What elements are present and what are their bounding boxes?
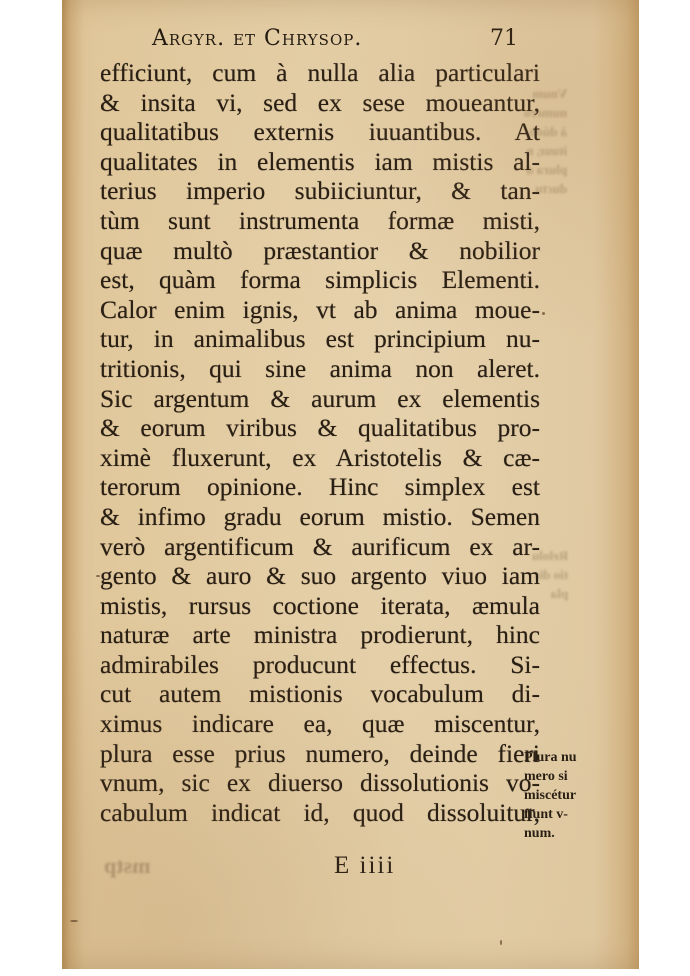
margin-note: Plura nu mero si miscétur fiunt v- num. <box>524 748 604 843</box>
book-page: Argyr. et Chrysop. 71 Vnum numero à dúob… <box>62 0 639 969</box>
text-line: quæ multò præstantior & nobilior <box>100 236 540 266</box>
text-line: & infimo gradu eorum mistio. Semen <box>100 502 540 532</box>
text-line: naturæ arte ministra prodierunt, hinc <box>100 620 540 650</box>
text-line: mistis, rursus coctione iterata, æmula <box>100 591 540 621</box>
body-text: efficiunt, cum à nulla alia particulari … <box>100 58 540 827</box>
text-line: terius imperio subiiciuntur, & tan- <box>100 176 540 206</box>
page-number: 71 <box>490 26 518 51</box>
text-line: qualitatibus externis iuuantibus. At <box>100 117 540 147</box>
text-line: gento & auro & suo argento viuo iam <box>100 561 540 591</box>
text-line: ximè fluxerunt, ex Aristotelis & cæ- <box>100 443 540 473</box>
paper-speck <box>542 312 545 315</box>
text-line: plura esse prius numero, deinde fieri <box>100 739 540 769</box>
text-line: Calor enim ignis, vt ab anima moue- <box>100 295 540 325</box>
text-line: qualitates in elementis iam mistis al- <box>100 147 540 177</box>
text-line: tur, in animalibus est principium nu- <box>100 324 540 354</box>
text-line: tritionis, qui sine anima non aleret. <box>100 354 540 384</box>
text-line: verò argentificum & aurificum ex ar- <box>100 532 540 562</box>
text-line: terorum opinione. Hinc simplex est <box>100 472 540 502</box>
text-line: & insita vi, sed ex sese moueantur, <box>100 88 540 118</box>
signature-mark: E iiii <box>334 852 395 880</box>
text-line: & eorum viribus & qualitatibus pro- <box>100 413 540 443</box>
paper-speck <box>96 575 100 577</box>
text-line: cabulum indicat id, quod dissoluitur, <box>100 798 540 828</box>
text-line: cut autem mistionis vocabulum di- <box>100 679 540 709</box>
text-line: ximus indicare ea, quæ miscentur, <box>100 709 540 739</box>
text-line: admirabiles producunt effectus. Si- <box>100 650 540 680</box>
paper-speck <box>500 940 502 945</box>
text-line: vnum, sic ex diuerso dissolutionis vo- <box>100 768 540 798</box>
text-line: est, quàm forma simplicis Elementi. <box>100 265 540 295</box>
text-line: efficiunt, cum à nulla alia particulari <box>100 58 540 88</box>
text-line: tùm sunt instrumenta formæ misti, <box>100 206 540 236</box>
running-head: Argyr. et Chrysop. <box>152 26 532 51</box>
showthrough-catchword: mstp <box>104 853 150 879</box>
text-line: Sic argentum & aurum ex elementis <box>100 384 540 414</box>
paper-speck <box>70 920 78 922</box>
